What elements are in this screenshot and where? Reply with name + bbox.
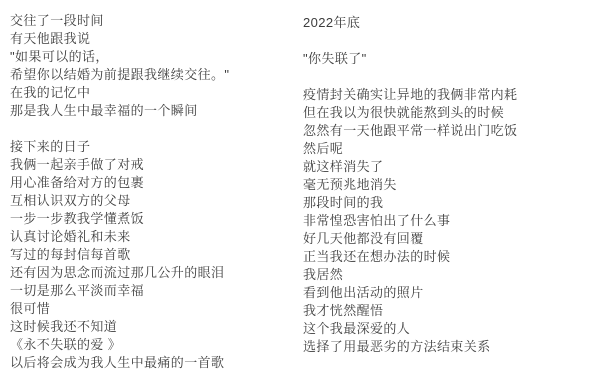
text-line: 然后呢	[303, 140, 517, 158]
text-line: 我居然	[303, 266, 517, 284]
page: 交往了一段时间 有天他跟我说 "如果可以的话， 希望你以结婚为前提跟我继续交往。…	[0, 0, 600, 371]
left-paragraph-2: 接下来的日子 我俩一起亲手做了对戒 用心准备给对方的包裹 互相认识双方的父母 一…	[10, 138, 229, 371]
text-line: 互相认识双方的父母	[10, 192, 229, 210]
text-line: 写过的每封信每首歌	[10, 246, 229, 264]
text-line: 还有因为思念而流过那几公升的眼泪	[10, 264, 229, 282]
text-line: 这时候我还不知道	[10, 318, 229, 336]
text-line: 我俩一起亲手做了对戒	[10, 156, 229, 174]
text-line: 用心准备给对方的包裹	[10, 174, 229, 192]
text-line: 忽然有一天他跟平常一样说出门吃饭	[303, 122, 517, 140]
text-line: 在我的记忆中	[10, 84, 229, 102]
text-line: 疫情封关确实让异地的我俩非常内耗	[303, 86, 517, 104]
text-line: 交往了一段时间	[10, 12, 229, 30]
song-title-line: 《永不失联的爱 》	[10, 336, 229, 354]
right-paragraph-2: "你失联了"	[303, 50, 517, 68]
text-line: 一步一步教我学懂煮饭	[10, 210, 229, 228]
text-line: 非常惶恐害怕出了什么事	[303, 212, 517, 230]
text-line: 好几天他都没有回覆	[303, 230, 517, 248]
quote-line: "你失联了"	[303, 50, 517, 68]
left-paragraph-1: 交往了一段时间 有天他跟我说 "如果可以的话， 希望你以结婚为前提跟我继续交往。…	[10, 12, 229, 120]
text-line: 这个我最深爱的人	[303, 320, 517, 338]
text-line: 以后将会成为我人生中最痛的一首歌	[10, 354, 229, 371]
text-line: 那段时间的我	[303, 194, 517, 212]
text-line: 看到他出活动的照片	[303, 284, 517, 302]
text-line: 毫无预兆地消失	[303, 176, 517, 194]
right-paragraph-1: 2022年底	[303, 14, 517, 32]
text-line: 认真讨论婚礼和未来	[10, 228, 229, 246]
text-line: 那是我人生中最幸福的一个瞬间	[10, 102, 229, 120]
text-line: 接下来的日子	[10, 138, 229, 156]
text-line: 但在我以为很快就能熬到头的时候	[303, 104, 517, 122]
text-line: 选择了用最恶劣的方法结束关系	[303, 338, 517, 356]
text-line: 很可惜	[10, 300, 229, 318]
text-line: 正当我还在想办法的时候	[303, 248, 517, 266]
date-line: 2022年底	[303, 14, 517, 32]
left-text-column: 交往了一段时间 有天他跟我说 "如果可以的话， 希望你以结婚为前提跟我继续交往。…	[10, 12, 229, 371]
right-paragraph-3: 疫情封关确实让异地的我俩非常内耗 但在我以为很快就能熬到头的时候 忽然有一天他跟…	[303, 86, 517, 356]
text-line: 希望你以结婚为前提跟我继续交往。"	[10, 66, 229, 84]
text-line: 一切是那么平淡而幸福	[10, 282, 229, 300]
right-text-column: 2022年底 "你失联了" 疫情封关确实让异地的我俩非常内耗 但在我以为很快就能…	[303, 14, 517, 356]
text-line: "如果可以的话，	[10, 48, 229, 66]
text-line: 就这样消失了	[303, 158, 517, 176]
text-line: 有天他跟我说	[10, 30, 229, 48]
text-line: 我才恍然醒悟	[303, 302, 517, 320]
